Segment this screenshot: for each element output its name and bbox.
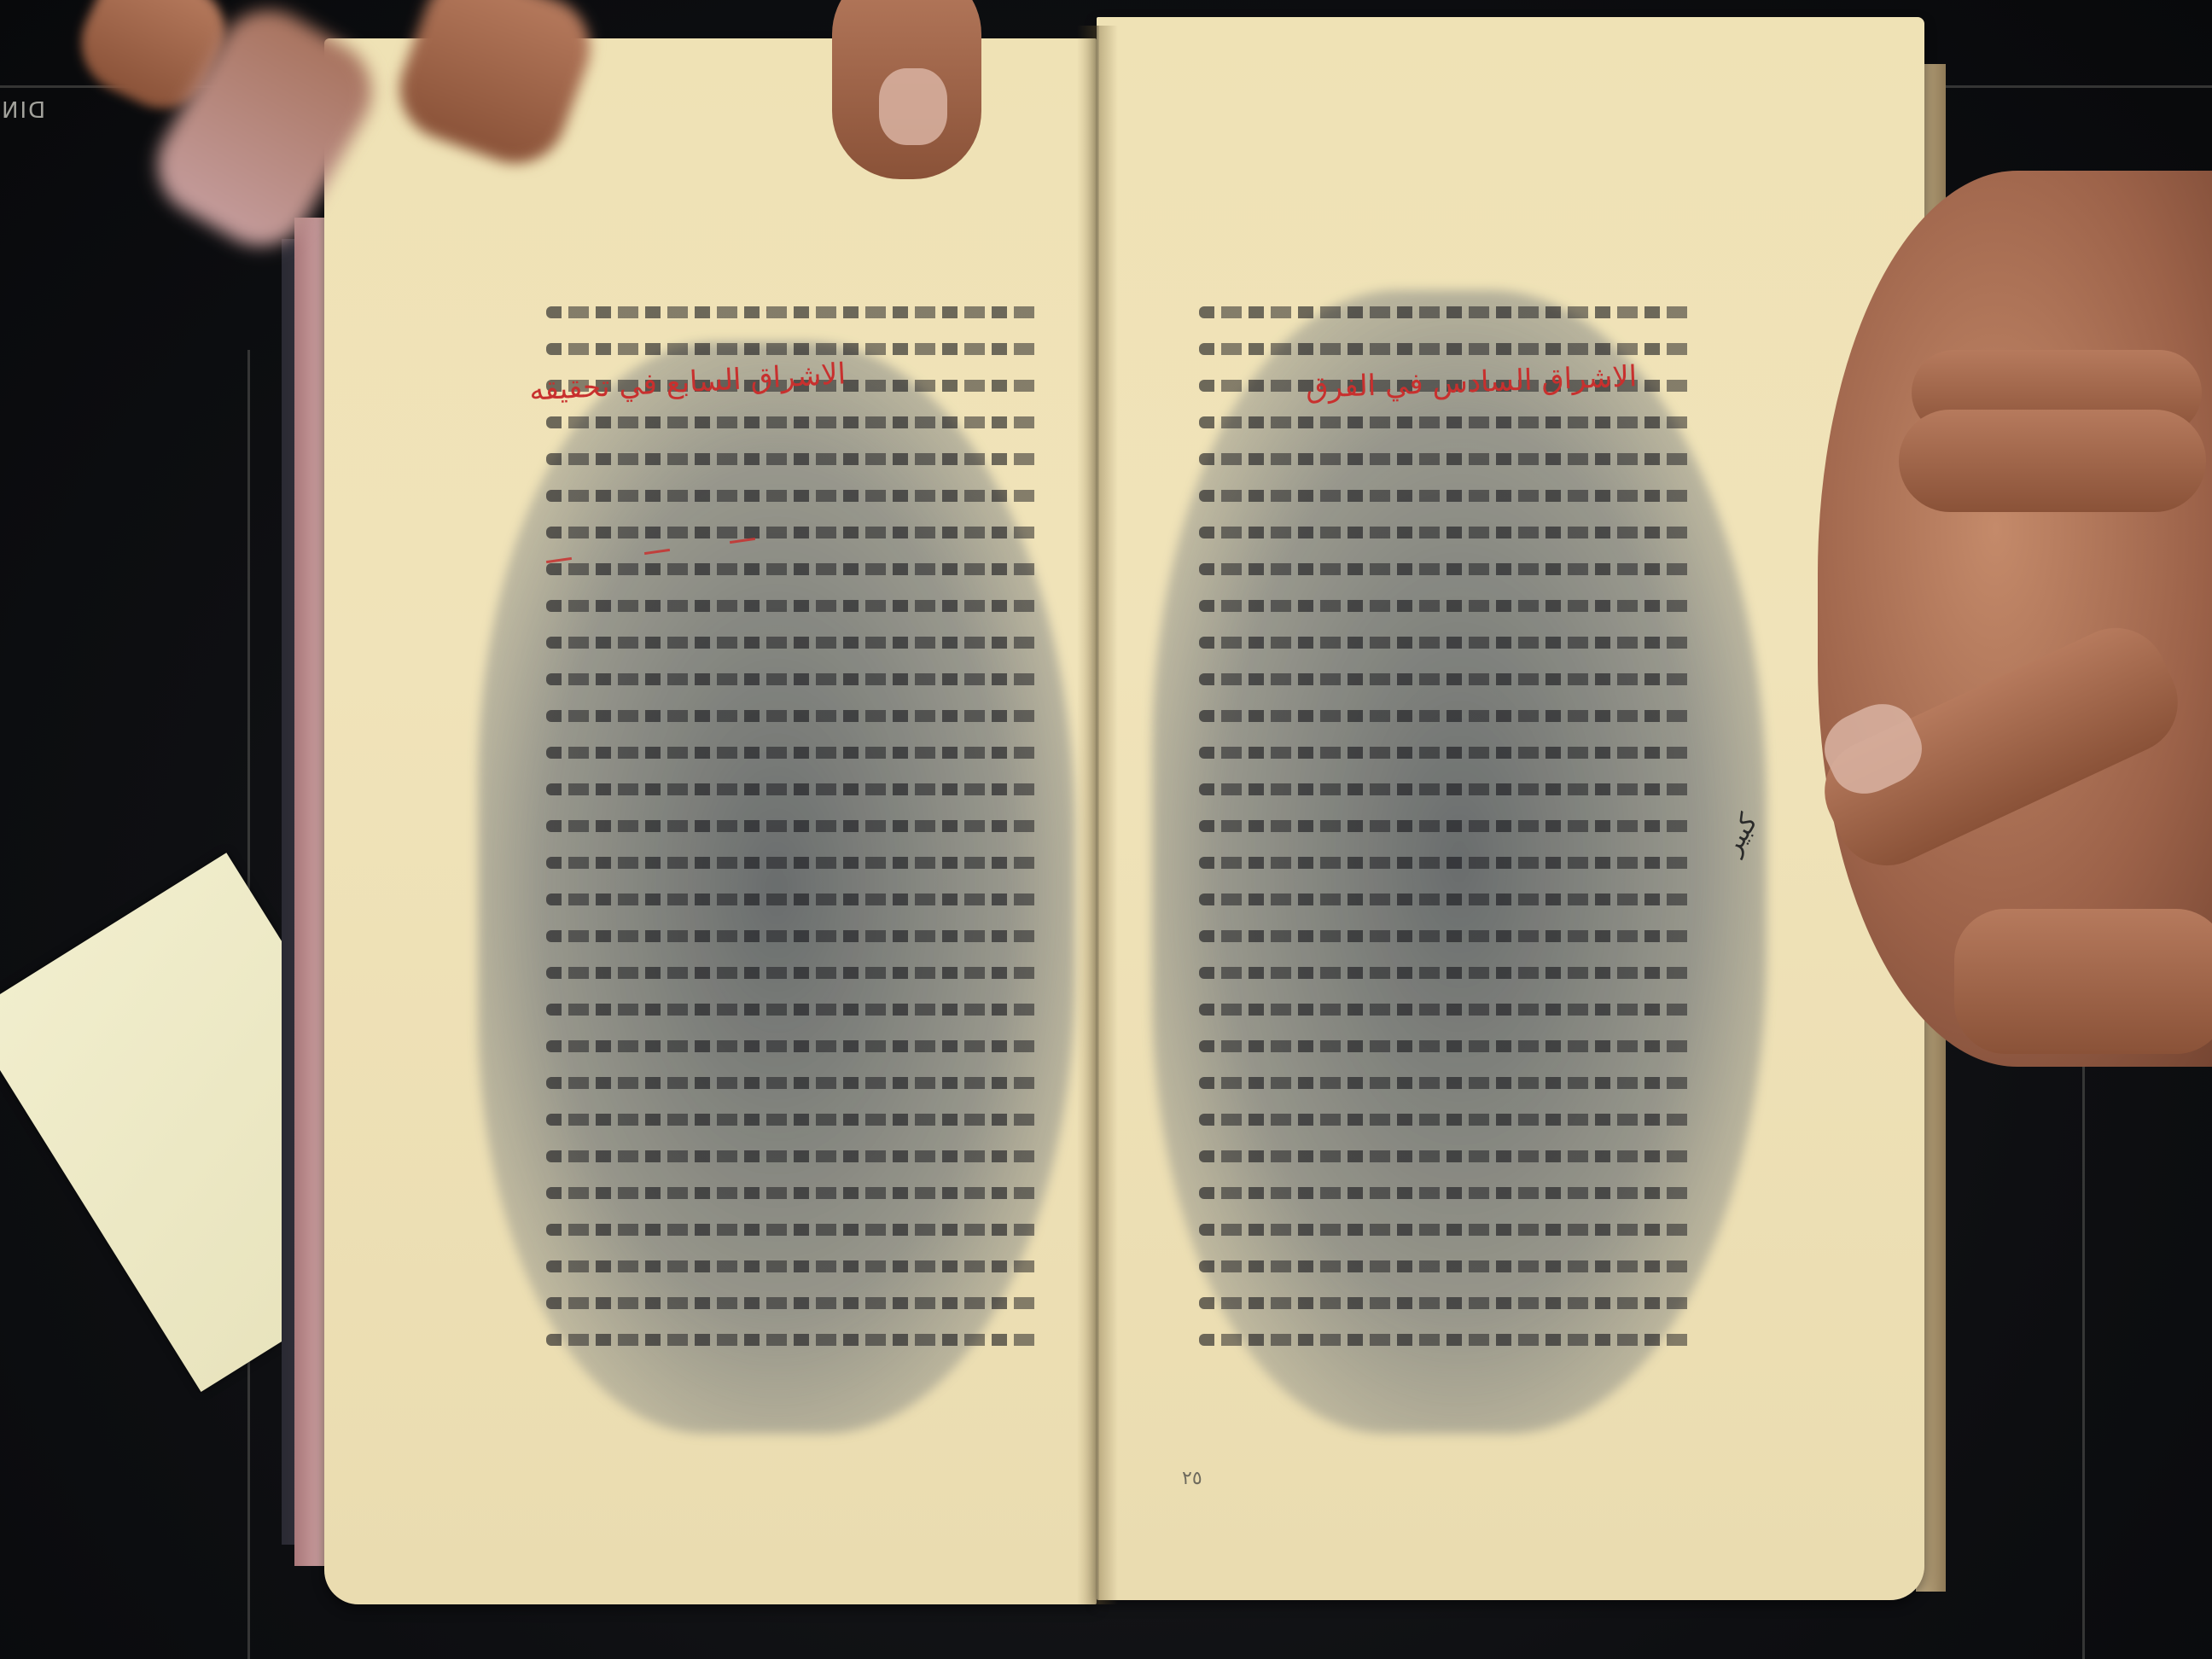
- foliation-mark: ٢٥: [1182, 1468, 1202, 1489]
- right-hand-finger: [1899, 410, 2206, 512]
- book-gutter: [1077, 26, 1118, 1604]
- mat-brand-label: DIN: [0, 98, 45, 124]
- left-page-text-block: [546, 294, 1041, 1421]
- thumbnail: [879, 68, 947, 145]
- right-page-text-block: [1199, 294, 1694, 1421]
- right-hand-finger: [1954, 909, 2212, 1054]
